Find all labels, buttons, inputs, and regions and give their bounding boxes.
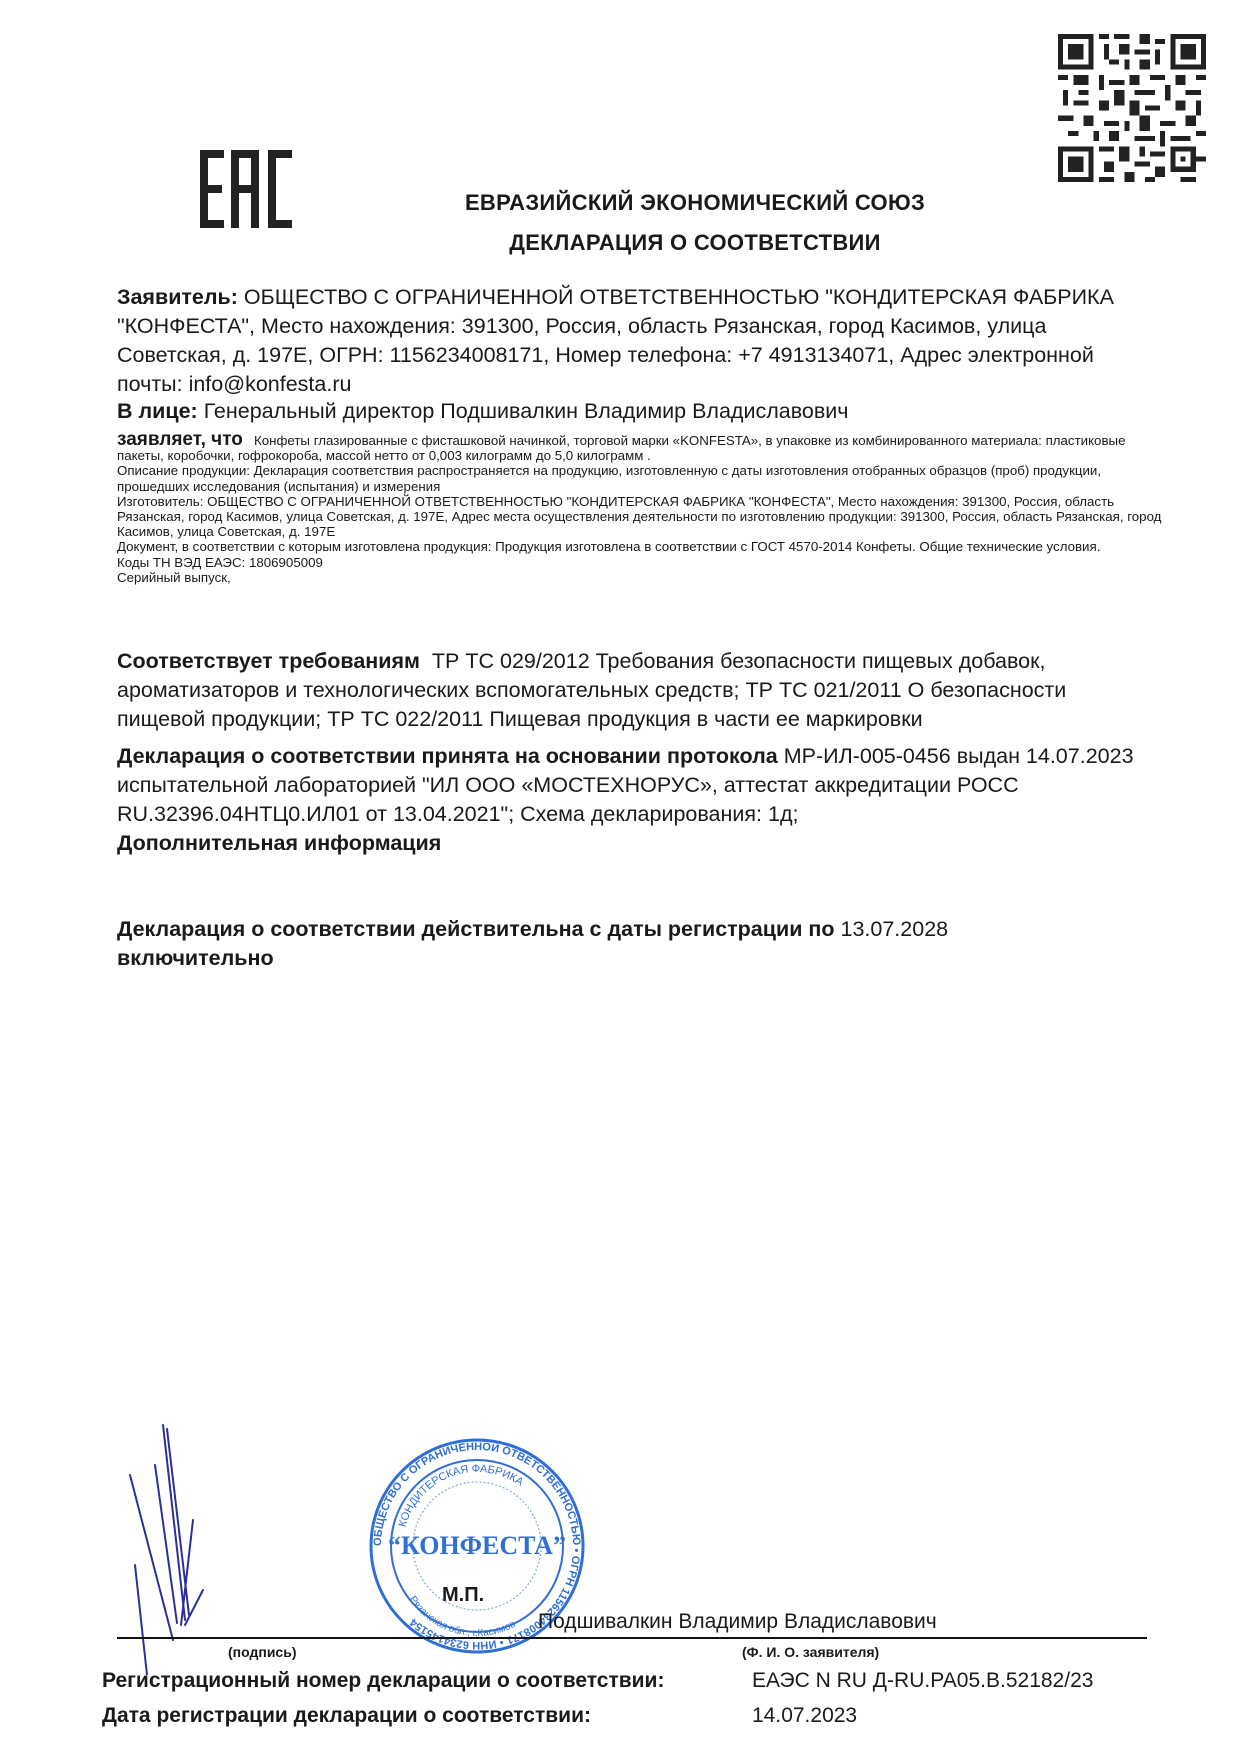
name-caption: (Ф. И. О. заявителя) [742,1644,879,1660]
eac-logo [198,150,296,228]
signature-line [117,1637,1147,1639]
declares-label: заявляет, что [117,429,243,450]
validity-suffix: включительно [117,946,274,970]
conforms-label: Соответствует требованиям [117,649,420,673]
applicant-label: Заявитель: [117,285,238,309]
tn-ved-codes: Коды ТН ВЭД ЕАЭС: 1806905009 [117,555,1169,570]
represented-by-text: Генеральный директор Подшивалкин Владими… [204,399,849,423]
stamp-company-name: “КОНФЕСТА” [388,1531,566,1560]
product-text: Конфеты глазированные с фисташковой начи… [117,433,1125,463]
document-title: ДЕКЛАРАЦИЯ О СООТВЕТСТВИИ [0,230,1240,256]
union-heading: ЕВРАЗИЙСКИЙ ЭКОНОМИЧЕСКИЙ СОЮЗ [0,190,1240,216]
represented-by-block: В лице: Генеральный директор Подшивалкин… [117,397,1177,426]
registration-number-value: ЕАЭС N RU Д-RU.РА05.В.52182/23 [752,1665,1093,1696]
declares-block: заявляет, что Конфеты глазированные с фи… [117,432,1169,585]
validity-label: Декларация о соответствии действительна … [117,917,835,941]
signer-name: Подшивалкин Владимир Владиславович [538,1610,937,1634]
manufacturer-text: Изготовитель: ОБЩЕСТВО С ОГРАНИЧЕННОЙ ОТ… [117,494,1169,540]
stamp-place-mark: М.П. [442,1584,484,1607]
registration-date-label: Дата регистрации декларации о соответств… [102,1700,591,1731]
standard-document-text: Документ, в соответствии с которым изгот… [117,539,1169,554]
applicant-text: ОБЩЕСТВО С ОГРАНИЧЕННОЙ ОТВЕТСТВЕННОСТЬЮ… [117,285,1114,396]
basis-label: Декларация о соответствии принята на осн… [117,744,778,768]
basis-block: Декларация о соответствии принята на осн… [117,742,1157,829]
validity-block: Декларация о соответствии действительна … [117,915,1057,973]
handwritten-signature [115,1415,225,1675]
series-release: Серийный выпуск, [117,570,1169,585]
applicant-block: Заявитель: ОБЩЕСТВО С ОГРАНИЧЕННОЙ ОТВЕТ… [117,283,1157,399]
signature-caption: (подпись) [228,1644,297,1660]
validity-date: 13.07.2028 [841,917,949,941]
represented-by-label: В лице: [117,399,198,423]
registration-number-label: Регистрационный номер декларации о соотв… [102,1665,664,1696]
qr-code-icon [1058,34,1206,182]
product-description: Описание продукции: Декларация соответст… [117,463,1169,493]
additional-info-label: Дополнительная информация [117,829,1177,858]
conforms-block: Соответствует требованиям ТР ТС 029/2012… [117,647,1157,734]
registration-date-value: 14.07.2023 [752,1700,857,1731]
